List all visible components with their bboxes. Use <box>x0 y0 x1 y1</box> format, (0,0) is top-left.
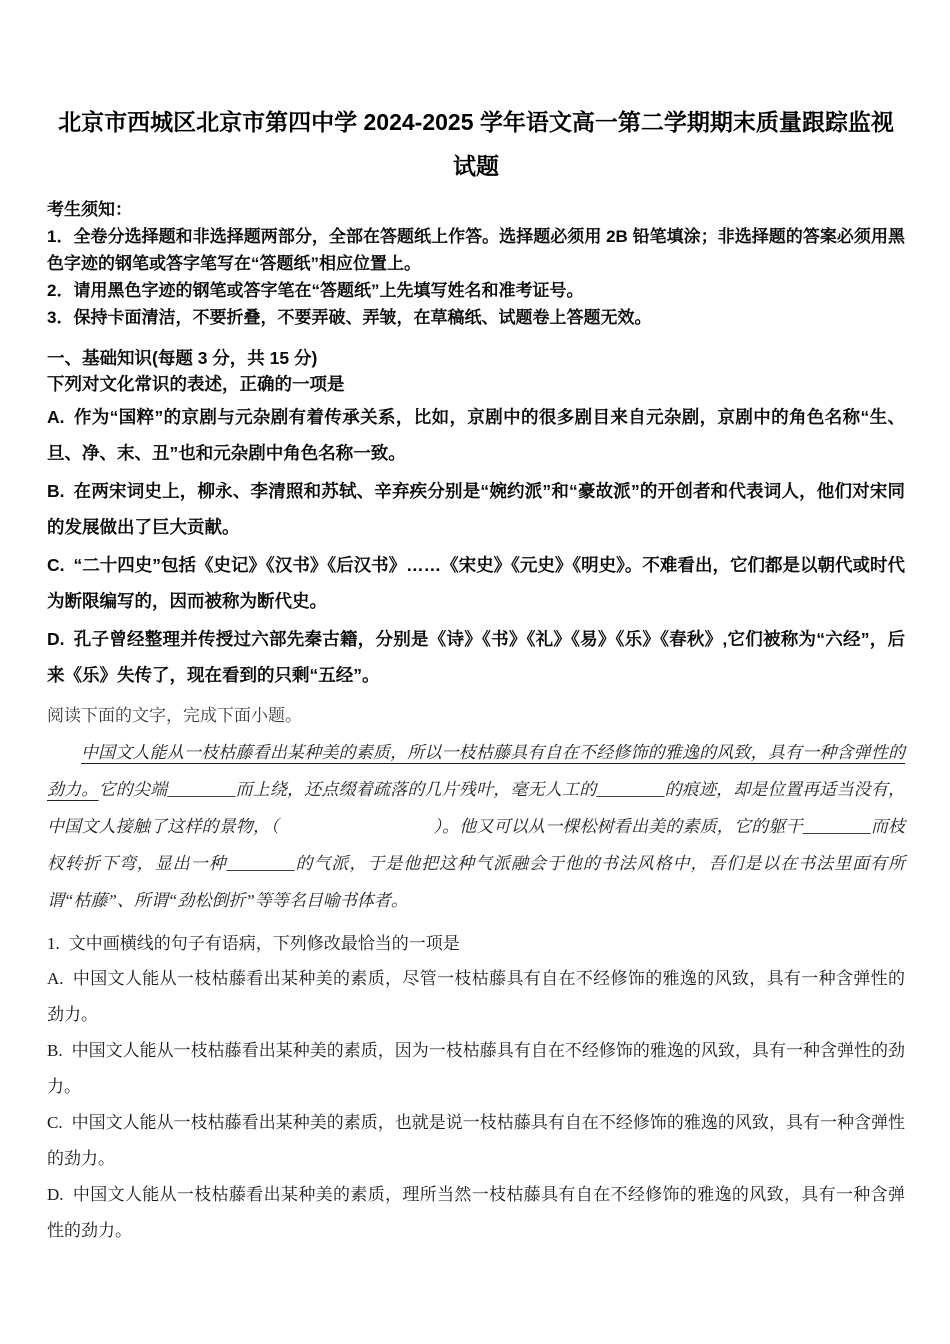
option-text: 中国文人能从一枝枯藤看出某种美的素质，也就是说一枝枯藤具有自在不经修饰的雅逸的风… <box>47 1113 905 1168</box>
notice-item: 1．全卷分选择题和非选择题两部分，全部在答题纸上作答。选择题必须用 2B 铅笔填… <box>47 223 905 277</box>
option-text: 孔子曾经整理并传授过六部先秦古籍，分别是《诗》《书》《礼》《易》《乐》《春秋》,… <box>47 629 905 685</box>
option-label: A. <box>47 407 65 427</box>
option-label: B. <box>47 481 65 501</box>
reading-passage: 中国文人能从一枝枯藤看出某种美的素质，所以一枝枯藤具有自在不经修饰的雅逸的风致，… <box>47 734 905 919</box>
option-text: 在两宋词史上，柳永、李清照和苏轼、辛弃疾分别是“婉约派”和“豪故派”的开创者和代… <box>47 481 905 537</box>
exam-title: 北京市西城区北京市第四中学 2024-2025 学年语文高一第二学期期末质量跟踪… <box>47 100 905 188</box>
option-label: D. <box>47 629 65 649</box>
question-1-stem: 1.文中画横线的句子有语病，下列修改最恰当的一项是 <box>47 929 905 959</box>
option-row: B.在两宋词史上，柳永、李清照和苏轼、辛弃疾分别是“婉约派”和“豪故派”的开创者… <box>47 473 905 545</box>
option-row: A.作为“国粹”的京剧与元杂剧有着传承关系，比如，京剧中的很多剧目来自元杂剧，京… <box>47 399 905 471</box>
option-text: 中国文人能从一枝枯藤看出某种美的素质，尽管一枝枯藤具有自在不经修饰的雅逸的风致，… <box>47 969 905 1024</box>
option-text: “二十四史”包括《史记》《汉书》《后汉书》……《宋史》《元史》《明史》。不难看出… <box>47 555 905 611</box>
option-label: B. <box>47 1041 63 1060</box>
section-basic-knowledge: 一、基础知识(每题 3 分，共 15 分) 下列对文化常识的表述，正确的一项是 … <box>47 345 905 693</box>
candidate-notice: 考生须知： 1．全卷分选择题和非选择题两部分，全部在答题纸上作答。选择题必须用 … <box>47 196 905 331</box>
option-label: C. <box>47 555 65 575</box>
question-stem-text: 文中画横线的句子有语病，下列修改最恰当的一项是 <box>69 934 460 953</box>
option-row: C.“二十四史”包括《史记》《汉书》《后汉书》……《宋史》《元史》《明史》。不难… <box>47 547 905 619</box>
notice-item: 3．保持卡面清洁，不要折叠，不要弄破、弄皱，在草稿纸、试题卷上答题无效。 <box>47 304 905 331</box>
exam-paper-page: 北京市西城区北京市第四中学 2024-2025 学年语文高一第二学期期末质量跟踪… <box>0 0 950 1344</box>
section-heading: 一、基础知识(每题 3 分，共 15 分) <box>47 345 905 371</box>
option-row: C.中国文人能从一枝枯藤看出某种美的素质，也就是说一枝枯藤具有自在不经修饰的雅逸… <box>47 1105 905 1177</box>
option-label: C. <box>47 1113 63 1132</box>
passage-rest: 它的尖端________而上绕，还点缀着疏落的几片残叶，毫无人工的_______… <box>47 780 905 910</box>
option-text: 作为“国粹”的京剧与元杂剧有着传承关系，比如，京剧中的很多剧目来自元杂剧，京剧中… <box>47 407 905 463</box>
question-number: 1. <box>47 934 60 953</box>
question-1: 1.文中画横线的句子有语病，下列修改最恰当的一项是 A.中国文人能从一枝枯藤看出… <box>47 929 905 1249</box>
notice-heading: 考生须知： <box>47 196 905 223</box>
option-text: 中国文人能从一枝枯藤看出某种美的素质，因为一枝枯藤具有自在不经修饰的雅逸的风致，… <box>47 1041 905 1096</box>
option-label: D. <box>47 1185 64 1204</box>
option-text: 中国文人能从一枝枯藤看出某种美的素质，理所当然一枝枯藤具有自在不经修饰的雅逸的风… <box>47 1185 905 1240</box>
reading-instruction: 阅读下面的文字，完成下面小题。 <box>47 701 905 731</box>
option-row: D.孔子曾经整理并传授过六部先秦古籍，分别是《诗》《书》《礼》《易》《乐》《春秋… <box>47 621 905 693</box>
option-row: D.中国文人能从一枝枯藤看出某种美的素质，理所当然一枝枯藤具有自在不经修饰的雅逸… <box>47 1177 905 1249</box>
notice-item: 2．请用黑色字迹的钢笔或答字笔在“答题纸”上先填写姓名和准考证号。 <box>47 277 905 304</box>
option-row: A.中国文人能从一枝枯藤看出某种美的素质，尽管一枝枯藤具有自在不经修饰的雅逸的风… <box>47 961 905 1033</box>
option-label: A. <box>47 969 64 988</box>
option-row: B.中国文人能从一枝枯藤看出某种美的素质，因为一枝枯藤具有自在不经修饰的雅逸的风… <box>47 1033 905 1105</box>
question-stem: 下列对文化常识的表述，正确的一项是 <box>47 371 905 397</box>
